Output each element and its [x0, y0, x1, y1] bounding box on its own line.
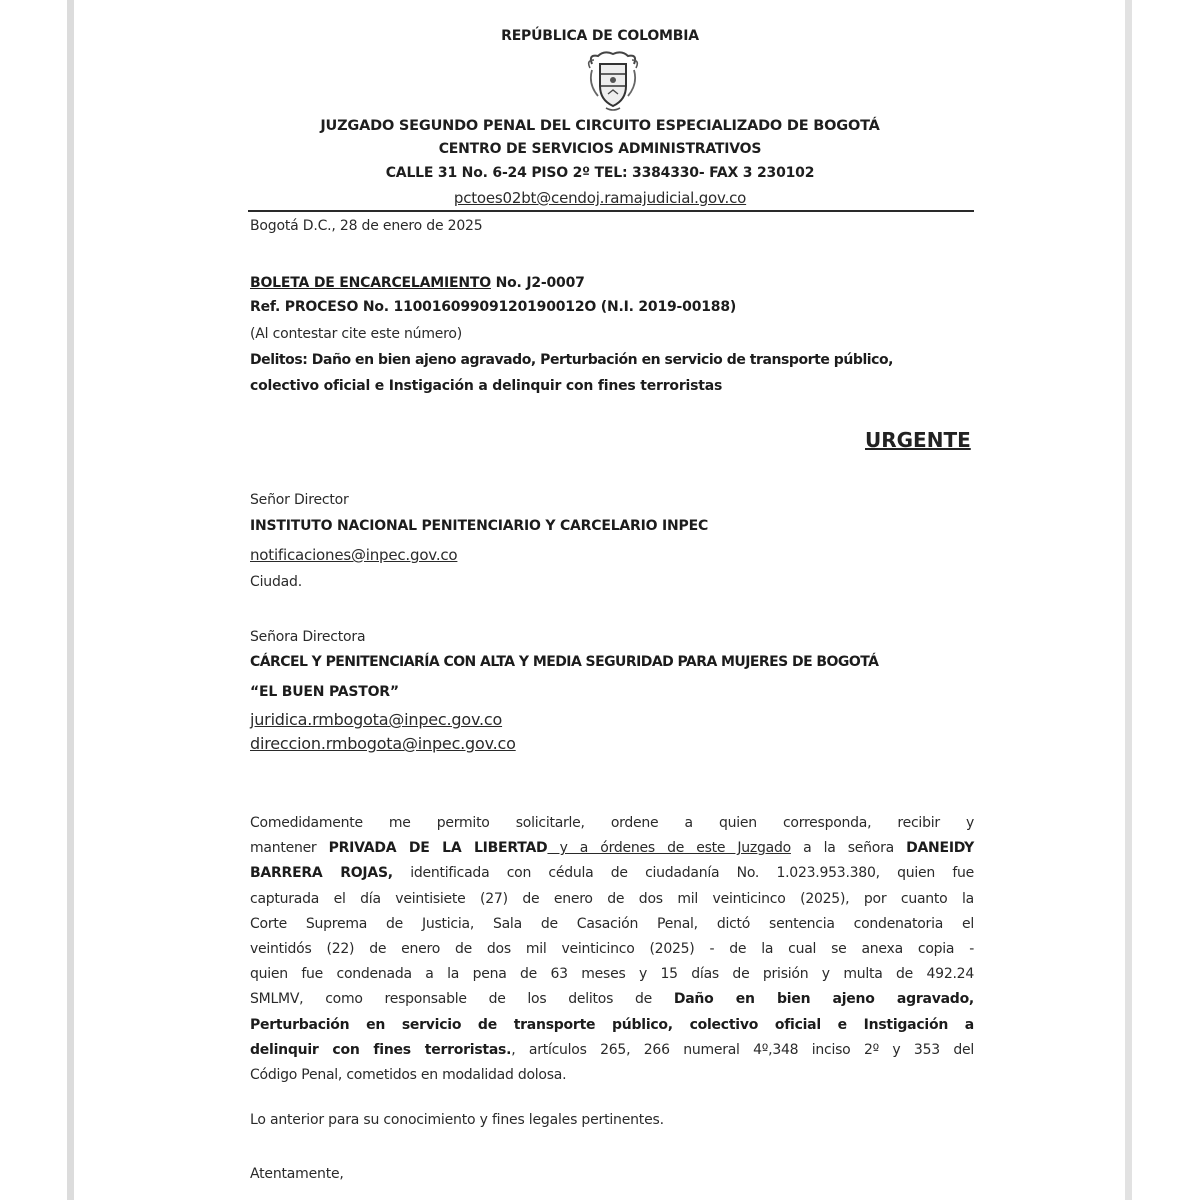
body-line: Corte Suprema de Justicia, Sala de Casac…	[250, 912, 974, 937]
warrant-number: No. J2-0007	[491, 275, 585, 291]
body-line: delinquir con fines terroristas., artícu…	[250, 1038, 974, 1063]
detainee-surname: BARRERA ROJAS,	[250, 865, 393, 881]
recipient1-city: Ciudad.	[250, 574, 302, 590]
crime-3: delinquir con fines terroristas.	[250, 1042, 511, 1058]
body-line: mantener PRIVADA DE LA LIBERTAD y a órde…	[250, 836, 974, 861]
warrant-title: BOLETA DE ENCARCELAMIENTO	[250, 275, 491, 291]
crimes-line-2: colectivo oficial e Instigación a delinq…	[250, 378, 722, 394]
header-divider	[248, 210, 974, 212]
court-orders-phrase: y a órdenes de este Juzgado	[547, 840, 791, 856]
closing-note: Lo anterior para su conocimiento y fines…	[250, 1112, 664, 1128]
recipient1-salutation: Señor Director	[250, 492, 349, 508]
recipient2-salutation: Señora Directora	[250, 629, 365, 645]
body-line: Perturbación en servicio de transporte p…	[250, 1013, 974, 1038]
recipient2-email2-link[interactable]: direccion.rmbogota@inpec.gov.co	[250, 734, 516, 753]
recipient2-email1-link[interactable]: juridica.rmbogota@inpec.gov.co	[250, 710, 502, 729]
body-line: capturada el día veintisiete (27) de ene…	[250, 887, 974, 912]
body-line: SMLMV, como responsable de los delitos d…	[250, 987, 974, 1012]
crime-1: Daño en bien ajeno agravado,	[674, 991, 974, 1007]
court-address: CALLE 31 No. 6-24 PISO 2º TEL: 3384330- …	[0, 165, 1200, 181]
office-name: CENTRO DE SERVICIOS ADMINISTRATIVOS	[0, 141, 1200, 157]
body-line: Comedidamente me permito solicitarle, or…	[250, 811, 974, 836]
body-line: quien fue condenada a la pena de 63 mese…	[250, 962, 974, 987]
process-reference: Ref. PROCESO No. 11001609909120190012O (…	[250, 299, 736, 315]
body-line: veintidós (22) de enero de dos mil veint…	[250, 937, 974, 962]
crimes-line-1: Delitos: Daño en bien ajeno agravado, Pe…	[250, 352, 893, 368]
country-heading: REPÚBLICA DE COLOMBIA	[0, 28, 1200, 44]
liberty-deprivation: PRIVADA DE LA LIBERTAD	[329, 840, 548, 856]
recipient2-institution-line2: “EL BUEN PASTOR”	[250, 684, 399, 700]
body-line: Código Penal, cometidos en modalidad dol…	[250, 1063, 974, 1088]
recipient2-institution-line1: CÁRCEL Y PENITENCIARÍA CON ALTA Y MEDIA …	[250, 654, 878, 670]
signoff: Atentamente,	[250, 1166, 344, 1182]
colombia-coat-of-arms-icon	[584, 50, 642, 114]
court-email-link[interactable]: pctoes02bt@cendoj.ramajudicial.gov.co	[0, 189, 1200, 207]
recipient1-institution: INSTITUTO NACIONAL PENITENCIARIO Y CARCE…	[250, 518, 708, 534]
urgent-label: URGENTE	[865, 428, 971, 452]
body-paragraph: Comedidamente me permito solicitarle, or…	[250, 811, 974, 1088]
warrant-reference: BOLETA DE ENCARCELAMIENTO No. J2-0007	[250, 275, 585, 291]
court-name: JUZGADO SEGUNDO PENAL DEL CIRCUITO ESPEC…	[0, 118, 1200, 134]
date-line: Bogotá D.C., 28 de enero de 2025	[250, 218, 482, 234]
detainee-first-name: DANEIDY	[906, 840, 974, 856]
body-line: BARRERA ROJAS, identificada con cédula d…	[250, 861, 974, 886]
document-page: REPÚBLICA DE COLOMBIA JUZGADO SEGUNDO PE…	[0, 0, 1200, 1200]
recipient1-email-link[interactable]: notificaciones@inpec.gov.co	[250, 546, 457, 564]
citation-note: (Al contestar cite este número)	[250, 326, 462, 342]
